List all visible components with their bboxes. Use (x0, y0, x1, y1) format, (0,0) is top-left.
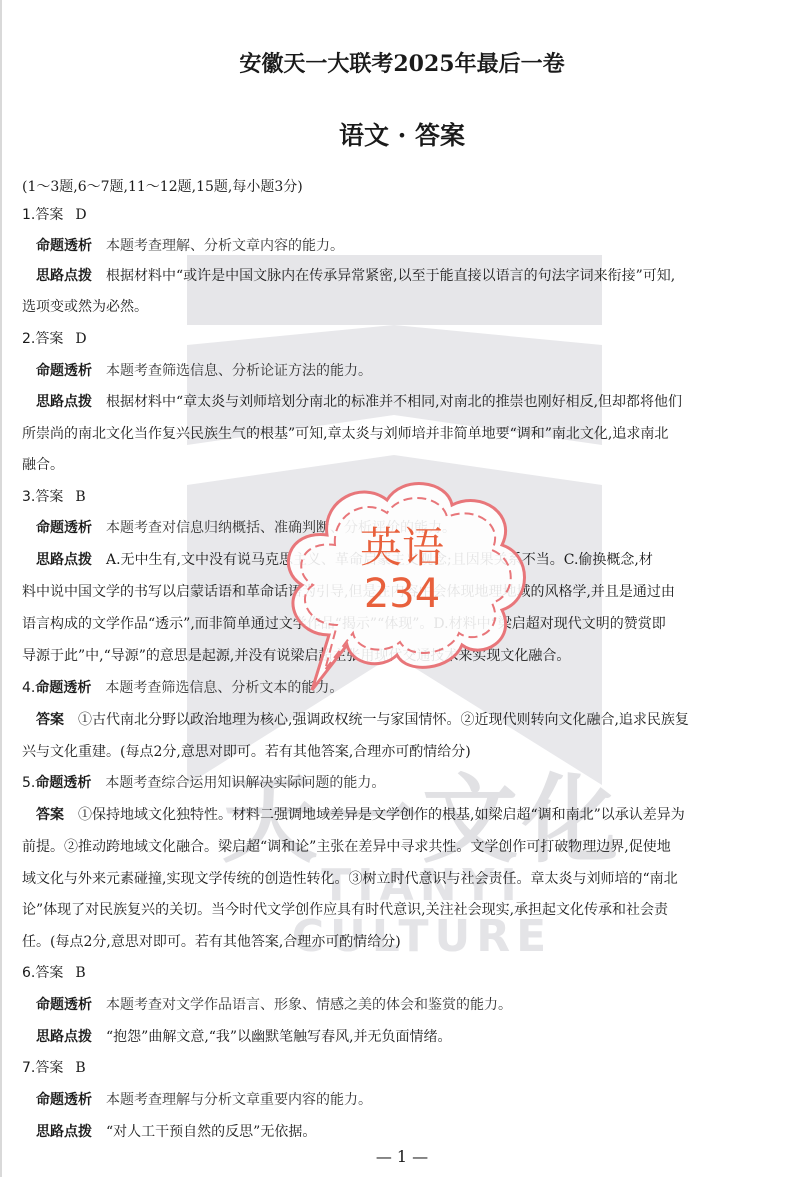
document-subtitle: 语文 · 答案 (2, 116, 800, 152)
analysis-label: 命题透析 (36, 997, 92, 1013)
analysis-label: 命题透析 (36, 363, 92, 379)
answer-label: 答案 (35, 331, 63, 347)
hint-text: 选项变或然为必然。 (22, 297, 148, 317)
question-5-answer: 答案①保持地域文化独特性。材料二强调地域差异是文学创作的根基,如梁启超“调和南北… (36, 805, 685, 825)
question-1-hint: 思路点拨根据材料中“或许是中国文脉内在传承异常紧密,以至于能直接以语言的句法字词… (36, 266, 675, 286)
hint-text: 根据材料中“章太炎与刘师培划分南北的标准并不相同,对南北的推崇也刚好相反,但却都… (106, 394, 682, 410)
question-2-analysis: 命题透析本题考查筛选信息、分析论证方法的能力。 (36, 361, 372, 381)
question-3-answer: 3.答案B (22, 487, 86, 507)
question-6-hint: 思路点拨“抱怨”曲解文意,“我”以幽默笔触写春风,并无负面情绪。 (36, 1027, 452, 1047)
question-number: 3. (22, 489, 35, 505)
question-number: 1. (22, 207, 35, 223)
answer-label: 答案 (35, 1060, 63, 1076)
hint-label: 思路点拨 (36, 1124, 92, 1140)
answer-text: ①古代南北分野以政治地理为核心,强调政权统一与家国情怀。②近现代则转向文化融合,… (78, 712, 689, 728)
question-1-answer: 1.答案D (22, 205, 87, 225)
question-6-analysis: 命题透析本题考查对文学作品语言、形象、情感之美的体会和鉴赏的能力。 (36, 995, 512, 1015)
sticker-line-2: 234 (267, 571, 537, 617)
analysis-text: 本题考查综合运用知识解决实际问题的能力。 (105, 775, 385, 791)
hint-label: 思路点拨 (36, 394, 92, 410)
analysis-text: 本题考查对文学作品语言、形象、情感之美的体会和鉴赏的能力。 (106, 997, 512, 1013)
hint-text: “对人工干预自然的反思”无依据。 (106, 1124, 316, 1140)
answer-label: 答案 (35, 965, 63, 981)
answer-value: D (75, 331, 86, 347)
answer-text: 域文化与外来元素碰撞,实现文学传统的创造性转化。③树立时代意识与社会责任。章太炎… (22, 869, 678, 889)
analysis-label: 命题透析 (36, 1092, 92, 1108)
hint-label: 思路点拨 (36, 1029, 92, 1045)
answer-label: 答案 (35, 207, 63, 223)
hint-text: 所崇尚的南北文化当作复兴民族生气的根基”可知,章太炎与刘师培并非简单地要“调和”… (22, 424, 668, 444)
analysis-label: 命题透析 (35, 775, 91, 791)
answer-value: D (75, 207, 86, 223)
question-number: 5. (22, 775, 35, 791)
score-note: (1～3题,6～7题,11～12题,15题,每小题3分) (22, 177, 303, 197)
answer-text: 任。(每点2分,意思对即可。若有其他答案,合理亦可酌情给分) (22, 932, 401, 952)
hint-text: “抱怨”曲解文意,“我”以幽默笔触写春风,并无负面情绪。 (106, 1029, 452, 1045)
question-7-analysis: 命题透析本题考查理解与分析文章重要内容的能力。 (36, 1090, 372, 1110)
page-number: — 1 — (2, 1147, 800, 1166)
answer-value: B (75, 1060, 85, 1076)
answer-text: ①保持地域文化独特性。材料二强调地域差异是文学创作的根基,如梁启超“调和南北”以… (78, 807, 685, 823)
question-1-analysis: 命题透析本题考查理解、分析文章内容的能力。 (36, 236, 344, 256)
analysis-text: 本题考查理解与分析文章重要内容的能力。 (106, 1092, 372, 1108)
speech-bubble-sticker: 英语 234 (267, 475, 537, 705)
answer-text: 论”体现了对民族复兴的关切。当今时代文学创作应具有时代意识,关注社会现实,承担起… (22, 900, 668, 920)
question-number: 2. (22, 331, 35, 347)
analysis-label: 命题透析 (35, 680, 91, 696)
answer-value: B (75, 489, 85, 505)
answer-text: 前提。②推动跨地域文化融合。梁启超“调和论”主张在差异中寻求共性。文学创作可打破… (22, 837, 671, 857)
question-6-answer: 6.答案B (22, 963, 86, 983)
hint-text: 融合。 (22, 455, 64, 475)
question-number: 4. (22, 680, 35, 696)
analysis-label: 命题透析 (36, 238, 92, 254)
question-4-answer: 答案①古代南北分野以政治地理为核心,强调政权统一与家国情怀。②近现代则转向文化融… (36, 710, 689, 730)
question-7-answer: 7.答案B (22, 1058, 86, 1078)
answer-text: 兴与文化重建。(每点2分,意思对即可。若有其他答案,合理亦可酌情给分) (22, 742, 471, 762)
question-number: 6. (22, 965, 35, 981)
question-5-analysis: 5.命题透析本题考查综合运用知识解决实际问题的能力。 (22, 773, 385, 793)
answer-label: 答案 (35, 489, 63, 505)
hint-label: 思路点拨 (36, 268, 92, 284)
question-2-answer: 2.答案D (22, 329, 87, 349)
question-7-hint: 思路点拨“对人工干预自然的反思”无依据。 (36, 1122, 316, 1142)
hint-text: 根据材料中“或许是中国文脉内在传承异常紧密,以至于能直接以语言的句法字词来衔接”… (106, 268, 675, 284)
question-number: 7. (22, 1060, 35, 1076)
answer-label: 答案 (36, 712, 64, 728)
analysis-text: 本题考查筛选信息、分析论证方法的能力。 (106, 363, 372, 379)
answer-value: B (75, 965, 85, 981)
analysis-text: 本题考查理解、分析文章内容的能力。 (106, 238, 344, 254)
hint-label: 思路点拨 (36, 552, 92, 568)
document-title: 安徽天一大联考2025年最后一卷 (2, 47, 800, 78)
question-2-hint: 思路点拨根据材料中“章太炎与刘师培划分南北的标准并不相同,对南北的推崇也刚好相反… (36, 392, 682, 412)
sticker-line-1: 英语 (267, 515, 537, 575)
analysis-label: 命题透析 (36, 520, 92, 536)
document-page: 天一文化 TIANYI CULTURE 安徽天一大联考2025年最后一卷 语文 … (0, 0, 800, 1177)
answer-label: 答案 (36, 807, 64, 823)
